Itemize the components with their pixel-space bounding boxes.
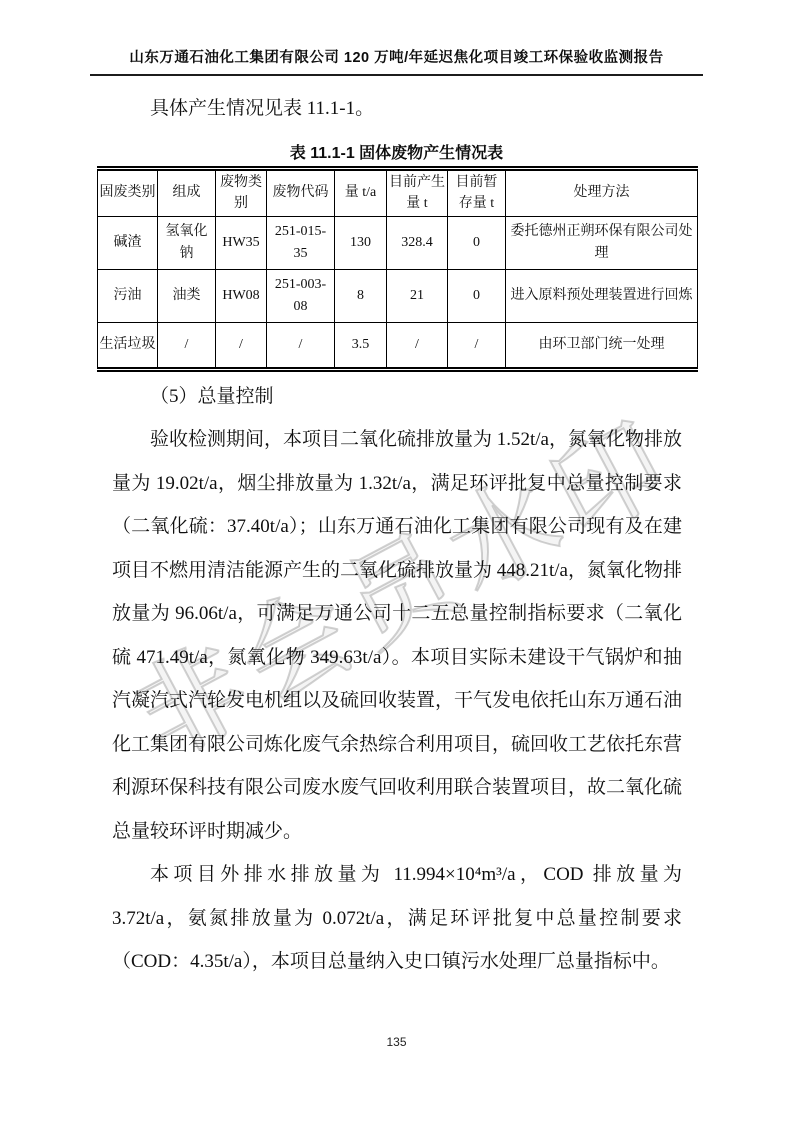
cell-treatment: 进入原料预处理装置进行回炼 — [506, 269, 698, 322]
col-header-current-produced: 目前产生量 t — [387, 168, 448, 216]
intro-paragraph: 具体产生情况见表 11.1-1。 — [112, 87, 682, 131]
cell-class: / — [216, 322, 267, 369]
col-header-treatment: 处理方法 — [506, 168, 698, 216]
page-header-title: 山东万通石油化工集团有限公司 120 万吨/年延迟焦化项目竣工环保验收监测报告 — [0, 0, 793, 67]
col-header-current-stored: 目前暂存量 t — [448, 168, 506, 216]
cell-amount: 8 — [335, 269, 387, 322]
cell-code: / — [267, 322, 335, 369]
col-header-amount: 量 t/a — [335, 168, 387, 216]
cell-amount: 130 — [335, 216, 387, 269]
cell-category: 污油 — [98, 269, 158, 322]
cell-code: 251-015-35 — [267, 216, 335, 269]
cell-code: 251-003-08 — [267, 269, 335, 322]
cell-composition: 油类 — [158, 269, 216, 322]
paragraph-total-control: 验收检测期间，本项目二氧化硫排放量为 1.52t/a，氮氧化物排放量为 19.0… — [112, 418, 682, 853]
cell-composition: 氢氧化钠 — [158, 216, 216, 269]
cell-amount: 3.5 — [335, 322, 387, 369]
cell-produced: 21 — [387, 269, 448, 322]
page-content: 山东万通石油化工集团有限公司 120 万吨/年延迟焦化项目竣工环保验收监测报告 … — [0, 0, 793, 984]
page-footer: 135 — [0, 1035, 793, 1049]
section-heading-total-control: （5）总量控制 — [112, 375, 682, 419]
table-row-alkali-residue: 碱渣 氢氧化钠 HW35 251-015-35 130 328.4 0 委托德州… — [98, 216, 698, 269]
table-row-domestic-garbage: 生活垃圾 / / / 3.5 / / 由环卫部门统一处理 — [98, 322, 698, 369]
cell-stored: 0 — [448, 269, 506, 322]
col-header-waste-class: 废物类别 — [216, 168, 267, 216]
document-page: 非会员水印 山东万通石油化工集团有限公司 120 万吨/年延迟焦化项目竣工环保验… — [0, 0, 793, 1122]
cell-class: HW08 — [216, 269, 267, 322]
cell-category: 碱渣 — [98, 216, 158, 269]
table-title: 表 11.1-1 固体废物产生情况表 — [0, 140, 793, 163]
col-header-waste-category: 固废类别 — [98, 168, 158, 216]
col-header-waste-code: 废物代码 — [267, 168, 335, 216]
solid-waste-table: 固废类别 组成 废物类别 废物代码 量 t/a 目前产生量 t 目前暂存量 t … — [97, 166, 698, 372]
table-header-row: 固废类别 组成 废物类别 废物代码 量 t/a 目前产生量 t 目前暂存量 t … — [98, 168, 698, 216]
col-header-composition: 组成 — [158, 168, 216, 216]
cell-produced: 328.4 — [387, 216, 448, 269]
cell-stored: / — [448, 322, 506, 369]
cell-class: HW35 — [216, 216, 267, 269]
paragraph-wastewater: 本项目外排水排放量为 11.994×10⁴m³/a，COD 排放量为 3.72t… — [112, 853, 682, 984]
cell-composition: / — [158, 322, 216, 369]
table-row-waste-oil: 污油 油类 HW08 251-003-08 8 21 0 进入原料预处理装置进行… — [98, 269, 698, 322]
cell-treatment: 由环卫部门统一处理 — [506, 322, 698, 369]
page-number: 135 — [386, 1035, 406, 1049]
cell-produced: / — [387, 322, 448, 369]
cell-stored: 0 — [448, 216, 506, 269]
header-rule — [90, 74, 703, 76]
cell-treatment: 委托德州正朔环保有限公司处理 — [506, 216, 698, 269]
cell-category: 生活垃圾 — [98, 322, 158, 369]
